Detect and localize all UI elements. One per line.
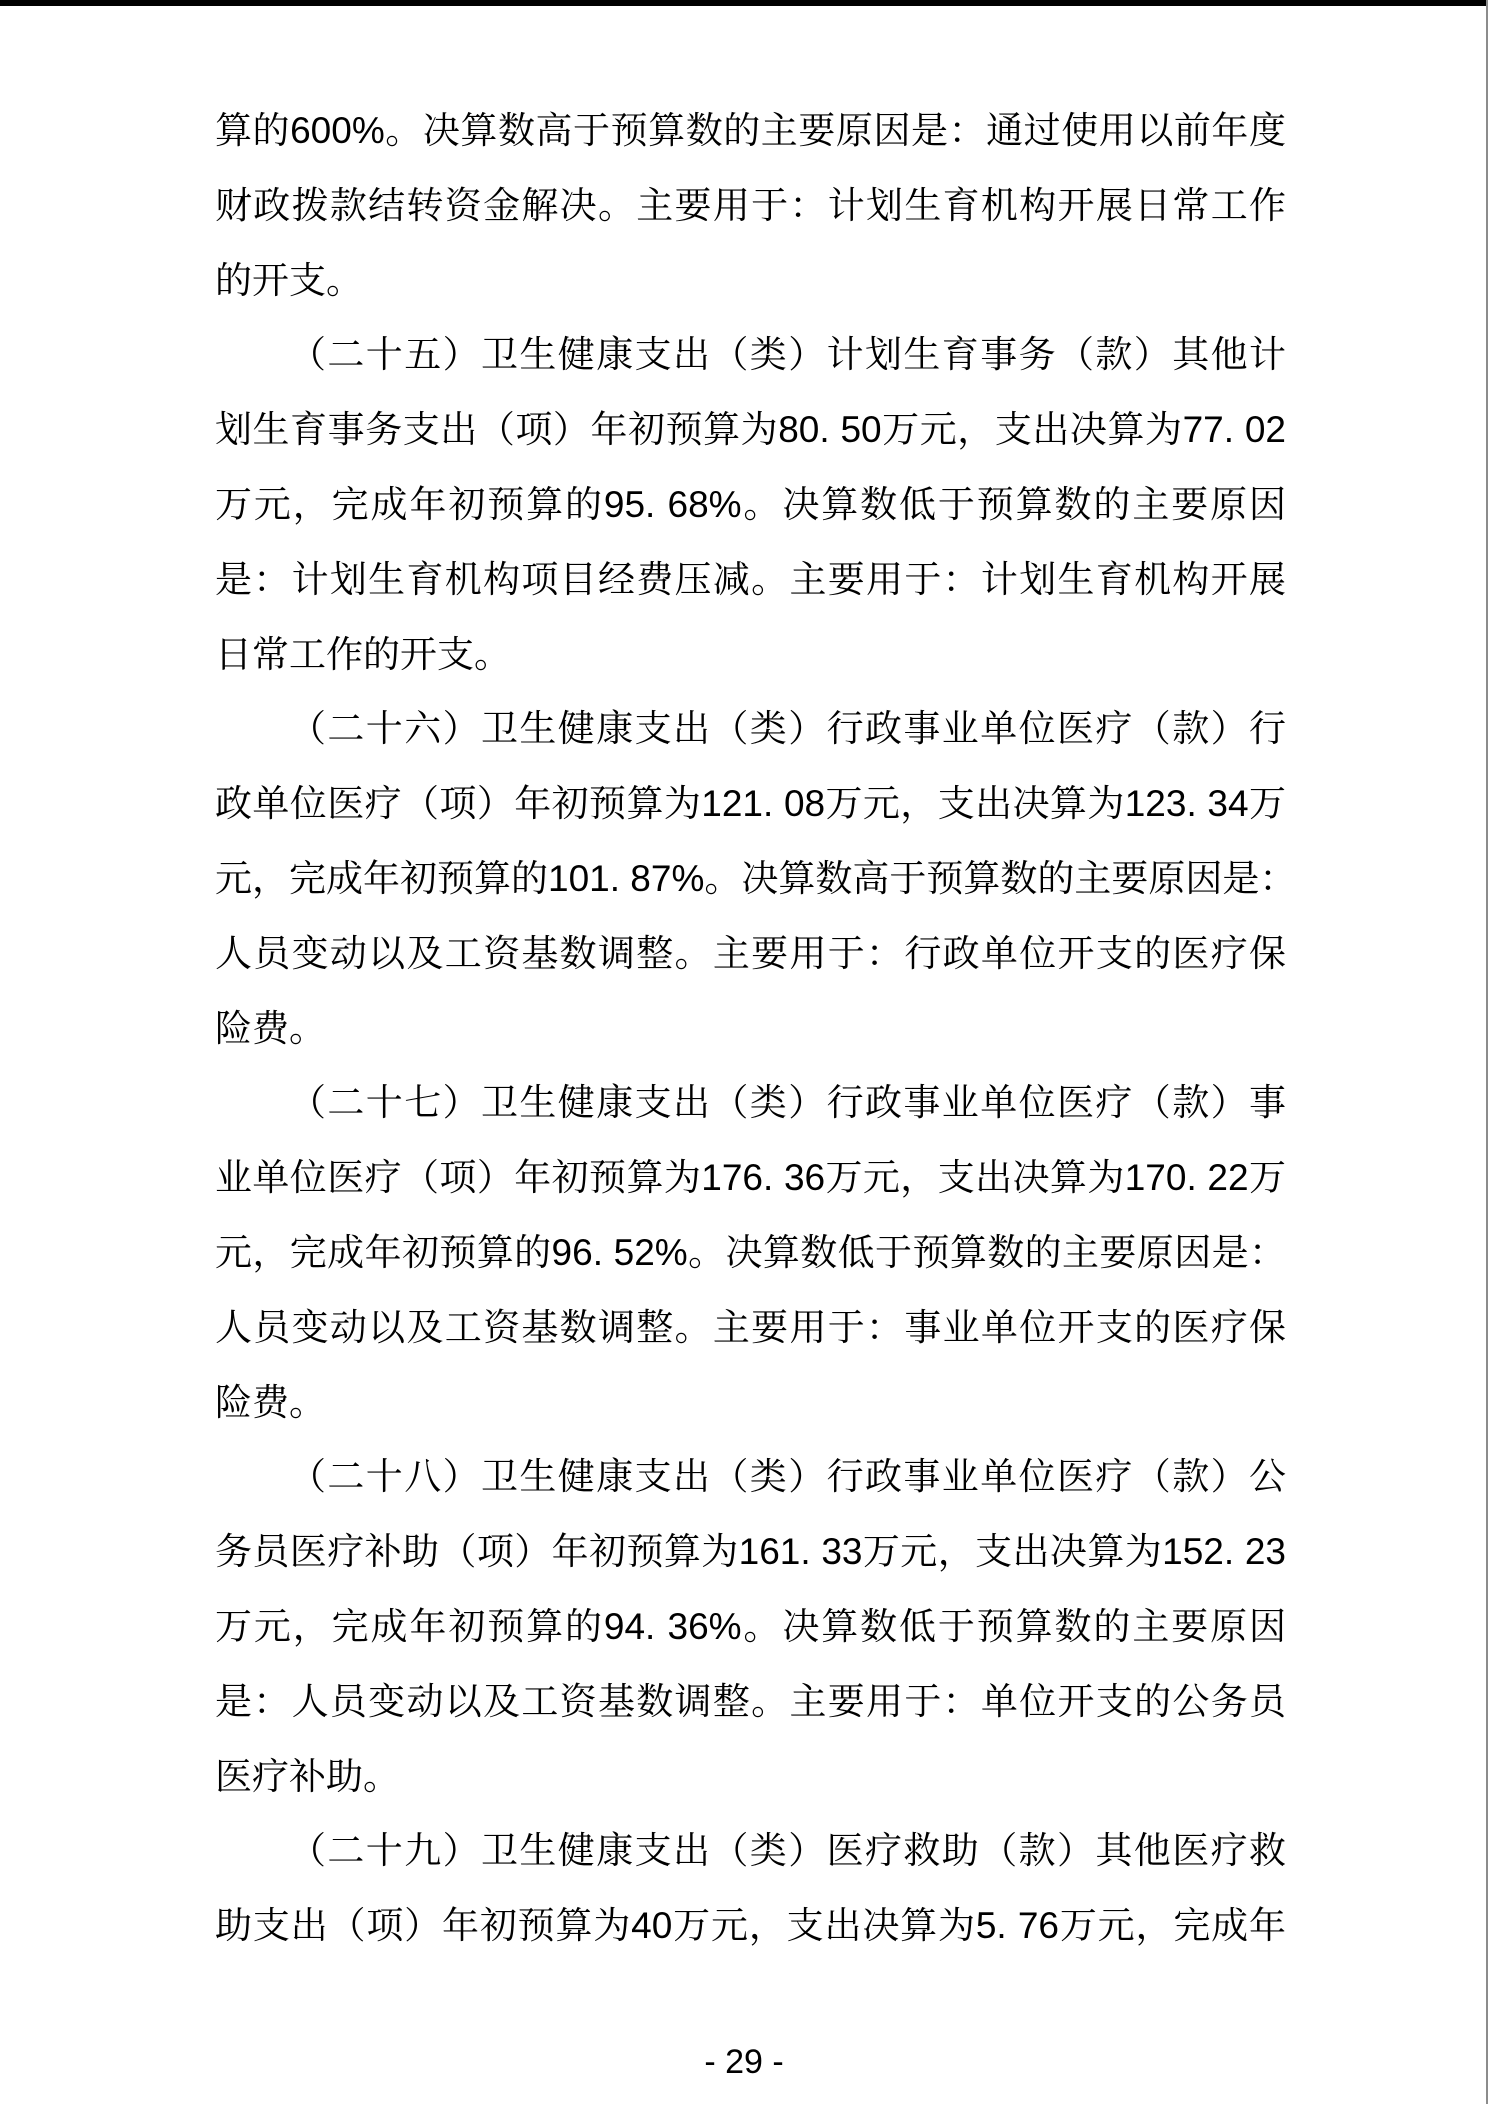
text-line: 是：人员变动以及工资基数调整。主要用于：单位开支的公务员 bbox=[215, 1665, 1286, 1740]
text-line: 算的600%。决算数高于预算数的主要原因是：通过使用以前年度 bbox=[215, 94, 1286, 169]
text-line: 险费。 bbox=[215, 1366, 1286, 1441]
text-line: 务员医疗补助（项）年初预算为161. 33万元，支出决算为152. 23 bbox=[215, 1515, 1286, 1590]
text-line: 万元，完成年初预算的94. 36%。决算数低于预算数的主要原因 bbox=[215, 1590, 1286, 1665]
text-line: 业单位医疗（项）年初预算为176. 36万元，支出决算为170. 22万 bbox=[215, 1141, 1286, 1216]
text-line: 助支出（项）年初预算为40万元，支出决算为5. 76万元，完成年 bbox=[215, 1889, 1286, 1964]
text-line: 医疗补助。 bbox=[215, 1740, 1286, 1815]
text-line: 险费。 bbox=[215, 992, 1286, 1067]
text-line: （二十七）卫生健康支出（类）行政事业单位医疗（款）事 bbox=[215, 1066, 1286, 1141]
text-line: 划生育事务支出（项）年初预算为80. 50万元，支出决算为77. 02 bbox=[215, 393, 1286, 468]
text-line: 万元，完成年初预算的95. 68%。决算数低于预算数的主要原因 bbox=[215, 468, 1286, 543]
document-body: 算的600%。决算数高于预算数的主要原因是：通过使用以前年度 财政拨款结转资金解… bbox=[215, 94, 1286, 1964]
text-line: （二十九）卫生健康支出（类）医疗救助（款）其他医疗救 bbox=[215, 1814, 1286, 1889]
text-line: （二十八）卫生健康支出（类）行政事业单位医疗（款）公 bbox=[215, 1440, 1286, 1515]
text-line: 元，完成年初预算的96. 52%。决算数低于预算数的主要原因是： bbox=[215, 1216, 1286, 1291]
text-line: （二十六）卫生健康支出（类）行政事业单位医疗（款）行 bbox=[215, 692, 1286, 767]
text-line: 人员变动以及工资基数调整。主要用于：行政单位开支的医疗保 bbox=[215, 917, 1286, 992]
top-edge-bar bbox=[0, 0, 1488, 6]
text-line: 政单位医疗（项）年初预算为121. 08万元，支出决算为123. 34万 bbox=[215, 767, 1286, 842]
page-number: - 29 - bbox=[0, 2042, 1488, 2082]
text-line: 的开支。 bbox=[215, 244, 1286, 319]
text-line: 人员变动以及工资基数调整。主要用于：事业单位开支的医疗保 bbox=[215, 1291, 1286, 1366]
text-line: 日常工作的开支。 bbox=[215, 618, 1286, 693]
text-line: 元，完成年初预算的101. 87%。决算数高于预算数的主要原因是： bbox=[215, 842, 1286, 917]
text-line: 财政拨款结转资金解决。主要用于：计划生育机构开展日常工作 bbox=[215, 169, 1286, 244]
text-line: （二十五）卫生健康支出（类）计划生育事务（款）其他计 bbox=[215, 318, 1286, 393]
text-line: 是：计划生育机构项目经费压减。主要用于：计划生育机构开展 bbox=[215, 543, 1286, 618]
